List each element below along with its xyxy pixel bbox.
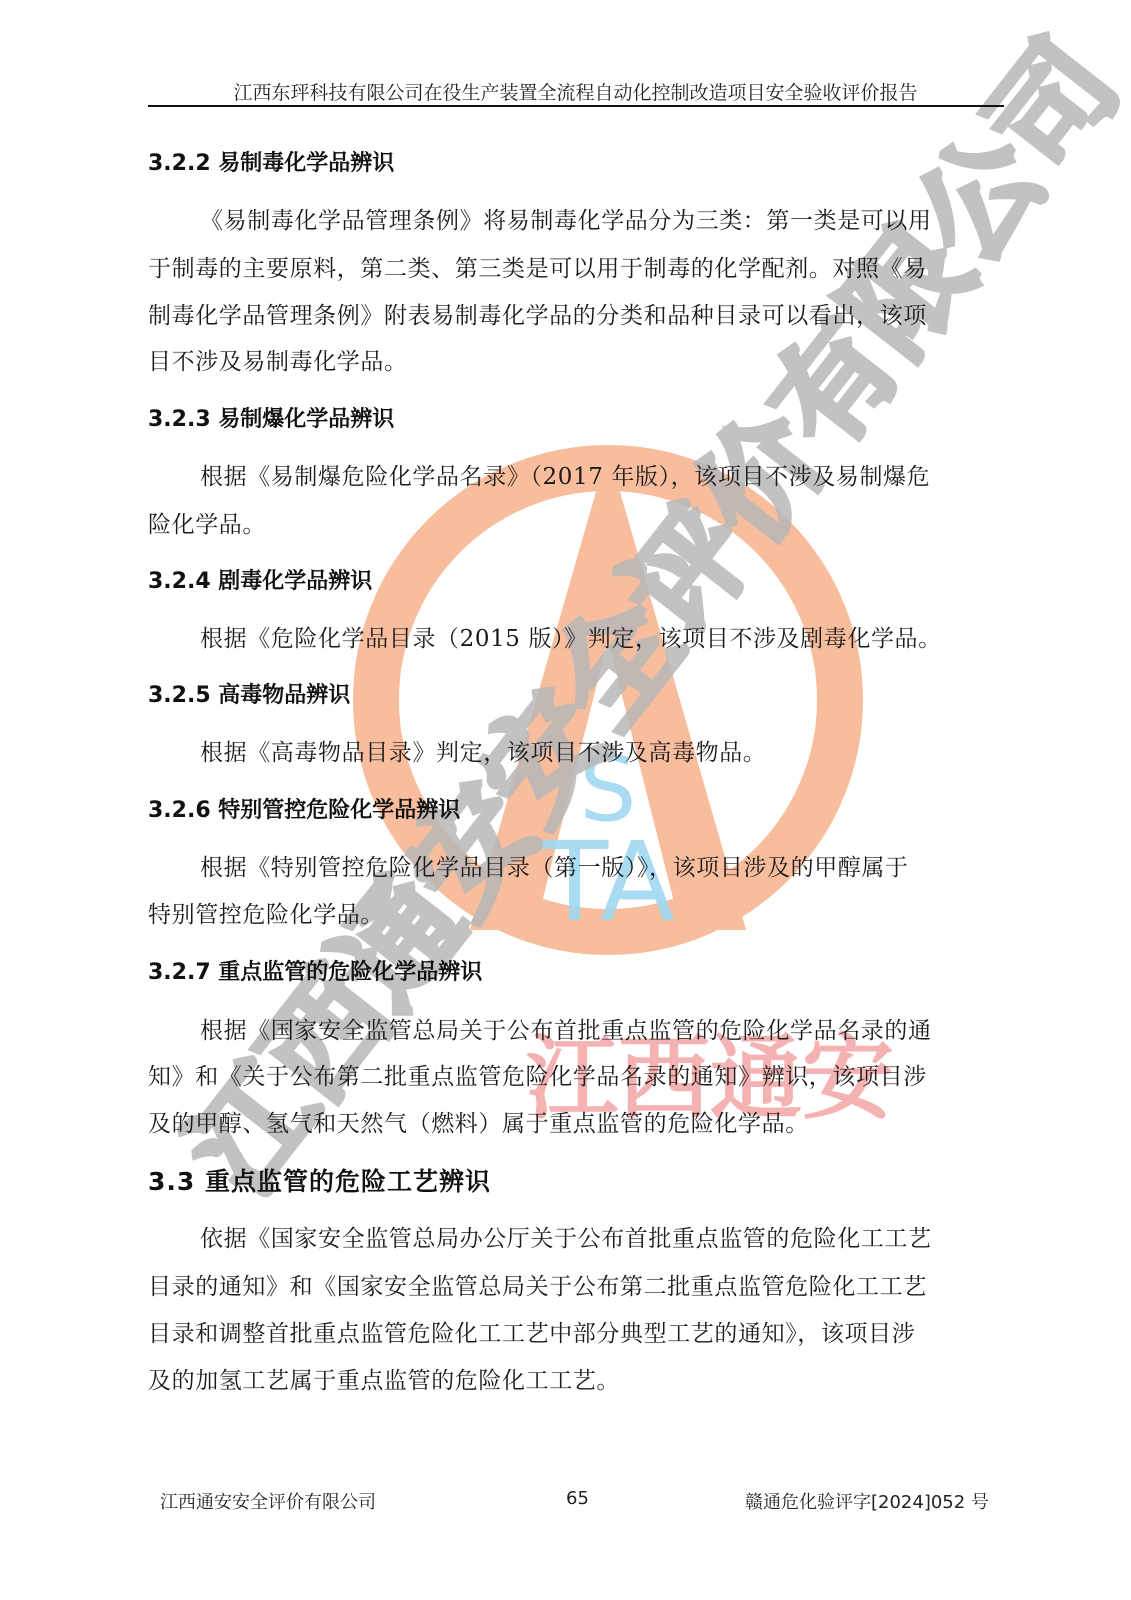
footer-company: 江西通安安全评价有限公司 [160, 1488, 376, 1514]
paragraph-line: 及的加氢工艺属于重点监管的危险化工工艺。 [148, 1362, 1004, 1395]
paragraph-line: 依据《国家安全监管总局办公厅关于公布首批重点监管的危险化工工艺 [200, 1220, 1004, 1253]
header-rule [148, 105, 1004, 107]
paragraph-line: 险化学品。 [148, 506, 1004, 539]
document-page: 江西东玶科技有限公司在役生产装置全流程自动化控制改造项目安全验收评价报告 S T… [0, 0, 1131, 1600]
footer-doc-number: 赣通危化验评字[2024]052 号 [745, 1488, 989, 1514]
paragraph-line: 根据《国家安全监管总局关于公布首批重点监管的危险化学品名录的通 [200, 1012, 1004, 1045]
footer-page-number: 65 [566, 1488, 589, 1509]
section-heading-3-2-3: 3.2.3 易制爆化学品辨识 [148, 402, 394, 433]
paragraph-line: 及的甲醇、氢气和天然气（燃料）属于重点监管的危险化学品。 [148, 1105, 1004, 1138]
paragraph-line: 于制毒的主要原料，第二类、第三类是可以用于制毒的化学配剂。对照《易 [148, 250, 1004, 283]
paragraph-line: 目不涉及易制毒化学品。 [148, 343, 1004, 376]
paragraph-line: 目录和调整首批重点监管危险化工工艺中部分典型工艺的通知》，该项目涉 [148, 1315, 1004, 1348]
document-body: 3.2.2 易制毒化学品辨识 《易制毒化学品管理条例》将易制毒化学品分为三类：第… [0, 0, 1131, 1600]
section-heading-3-2-6: 3.2.6 特别管控危险化学品辨识 [148, 793, 460, 824]
paragraph-line: 根据《高毒物品目录》判定，该项目不涉及高毒物品。 [200, 734, 1004, 767]
paragraph-line: 知》和《关于公布第二批重点监管危险化学品名录的通知》辨识，该项目涉 [148, 1058, 1004, 1091]
paragraph-line: 目录的通知》和《国家安全监管总局关于公布第二批重点监管危险化工工艺 [148, 1268, 1004, 1301]
paragraph-line: 根据《特别管控危险化学品目录（第一版）》，该项目涉及的甲醇属于 [200, 849, 1004, 882]
paragraph-line: 特别管控危险化学品。 [148, 896, 1004, 929]
section-heading-3-2-5: 3.2.5 高毒物品辨识 [148, 678, 350, 709]
section-heading-3-2-2: 3.2.2 易制毒化学品辨识 [148, 146, 394, 177]
section-heading-3-2-7: 3.2.7 重点监管的危险化学品辨识 [148, 955, 482, 986]
section-heading-3-2-4: 3.2.4 剧毒化学品辨识 [148, 564, 372, 595]
paragraph-line: 根据《危险化学品目录（2015 版）》判定，该项目不涉及剧毒化学品。 [200, 620, 1004, 653]
paragraph-line: 根据《易制爆危险化学品名录》（2017 年版），该项目不涉及易制爆危 [200, 458, 1004, 491]
running-header: 江西东玶科技有限公司在役生产装置全流程自动化控制改造项目安全验收评价报告 [148, 78, 1003, 105]
section-heading-3-3: 3.3 重点监管的危险工艺辨识 [148, 1162, 491, 1198]
paragraph-line: 制毒化学品管理条例》附表易制毒化学品的分类和品种目录可以看出，该项 [148, 297, 1004, 330]
paragraph-line: 《易制毒化学品管理条例》将易制毒化学品分为三类：第一类是可以用 [200, 202, 1004, 235]
